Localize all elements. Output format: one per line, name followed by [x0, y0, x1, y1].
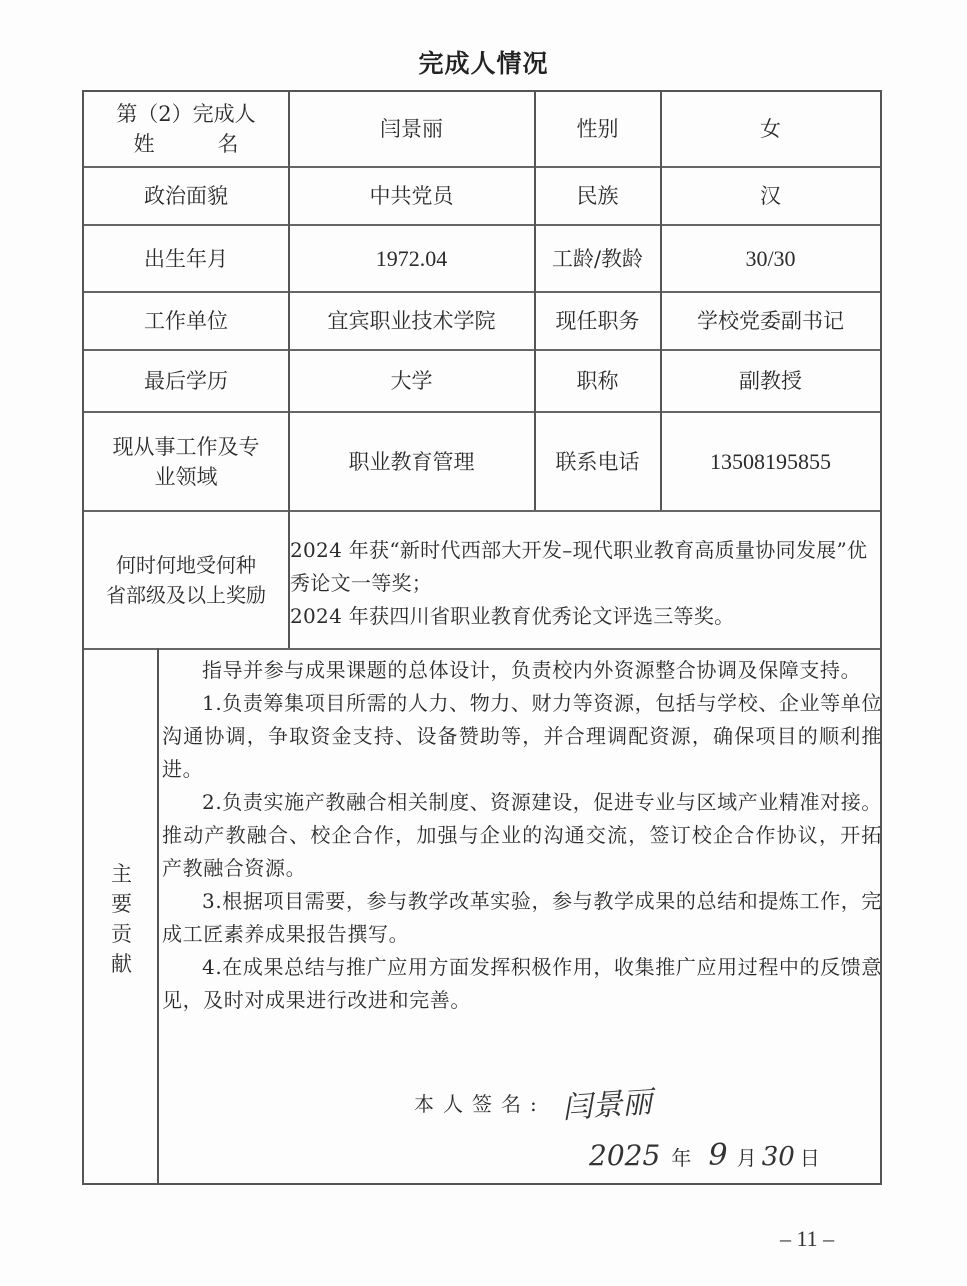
- handwritten-signature: 闫景丽: [561, 1077, 654, 1127]
- ethnicity-label: 民族: [535, 168, 660, 224]
- political-status-value: 中共党员: [289, 168, 534, 224]
- position-value: 学校党委副书记: [661, 293, 880, 349]
- contribution-label-char: 主: [111, 859, 132, 889]
- position-label: 现任职务: [535, 293, 660, 349]
- page-title: 完成人情况: [0, 44, 967, 80]
- work-years-value: 30/30: [661, 226, 880, 291]
- signature-date: 2025 年 9 月 30 日: [589, 1138, 820, 1178]
- awards-content: 2024 年获“新时代西部大开发–现代职业教育高质量协同发展”优秀论文一等奖； …: [290, 534, 880, 633]
- field-label: 现从事工作及专 业领域: [84, 413, 288, 510]
- contribution-label-char: 要: [111, 889, 132, 919]
- gender-value: 女: [661, 92, 880, 166]
- date-year-suffix: 年: [671, 1146, 691, 1170]
- signature-label: 本人签名:: [414, 1088, 546, 1117]
- field-value: 职业教育管理: [289, 413, 534, 510]
- date-year: 2025: [589, 1139, 660, 1172]
- phone-value: 13508195855: [661, 413, 880, 510]
- contribution-label-char: 献: [111, 949, 132, 979]
- ethnicity-value: 汉: [661, 168, 880, 224]
- contribution-paragraph: 3.根据项目需要，参与教学改革实验，参与教学成果的总结和提炼工作，完成工匠素养成…: [162, 885, 882, 951]
- education-value: 大学: [289, 351, 534, 411]
- birth-date-value: 1972.04: [289, 226, 534, 291]
- contribution-paragraph: 2.负责实施产教融合相关制度、资源建设，促进专业与区域产业精准对接。推动产教融合…: [162, 786, 882, 885]
- title-label: 职称: [535, 351, 660, 411]
- birth-date-label: 出生年月: [84, 226, 288, 291]
- field-label-line1: 现从事工作及专: [113, 432, 260, 462]
- contribution-label-char: 贡: [111, 919, 132, 949]
- name-value: 闫景丽: [289, 92, 534, 166]
- awards-label: 何时何地受何种 省部级及以上奖励: [84, 512, 288, 648]
- employer-label: 工作单位: [84, 293, 288, 349]
- award-item: 2024 年获“新时代西部大开发–现代职业教育高质量协同发展”优秀论文一等奖；: [290, 534, 880, 600]
- date-day-suffix: 日: [800, 1146, 820, 1170]
- political-status-label: 政治面貌: [84, 168, 288, 224]
- phone-label: 联系电话: [535, 413, 660, 510]
- field-label-line2: 业领域: [155, 462, 218, 492]
- gender-label: 性别: [535, 92, 660, 166]
- awards-label-line1: 何时何地受何种: [116, 550, 256, 580]
- work-years-label: 工龄/教龄: [535, 226, 660, 291]
- education-label: 最后学历: [84, 351, 288, 411]
- page-number: – 11 –: [780, 1226, 834, 1252]
- contribution-label: 主 要 贡 献: [84, 650, 159, 1187]
- contribution-content: 指导并参与成果课题的总体设计，负责校内外资源整合协调及保障支持。 1.负责筹集项…: [162, 654, 882, 1017]
- name-label-line2: 姓 名: [134, 129, 239, 159]
- name-label: 第（2）完成人 姓 名: [84, 92, 288, 166]
- awards-label-line2: 省部级及以上奖励: [106, 580, 266, 610]
- title-value: 副教授: [661, 351, 880, 411]
- contribution-paragraph: 1.负责筹集项目所需的人力、物力、财力等资源，包括与学校、企业等单位沟通协调，争…: [162, 687, 882, 786]
- date-month-suffix: 月: [737, 1146, 757, 1170]
- completer-info-table: 第（2）完成人 姓 名 闫景丽 性别 女 政治面貌 中共党员 民族 汉 出生年月…: [82, 90, 882, 1185]
- date-month: 9: [708, 1138, 727, 1173]
- name-label-line1: 第（2）完成人: [116, 99, 255, 129]
- row-divider: [84, 648, 880, 650]
- contribution-paragraph: 4.在成果总结与推广应用方面发挥积极作用，收集推广应用过程中的反馈意见，及时对成…: [162, 951, 882, 1017]
- employer-value: 宜宾职业技术学院: [289, 293, 534, 349]
- date-day: 30: [762, 1142, 795, 1172]
- contribution-paragraph: 指导并参与成果课题的总体设计，负责校内外资源整合协调及保障支持。: [162, 654, 882, 687]
- award-item: 2024 年获四川省职业教育优秀论文评选三等奖。: [290, 600, 880, 633]
